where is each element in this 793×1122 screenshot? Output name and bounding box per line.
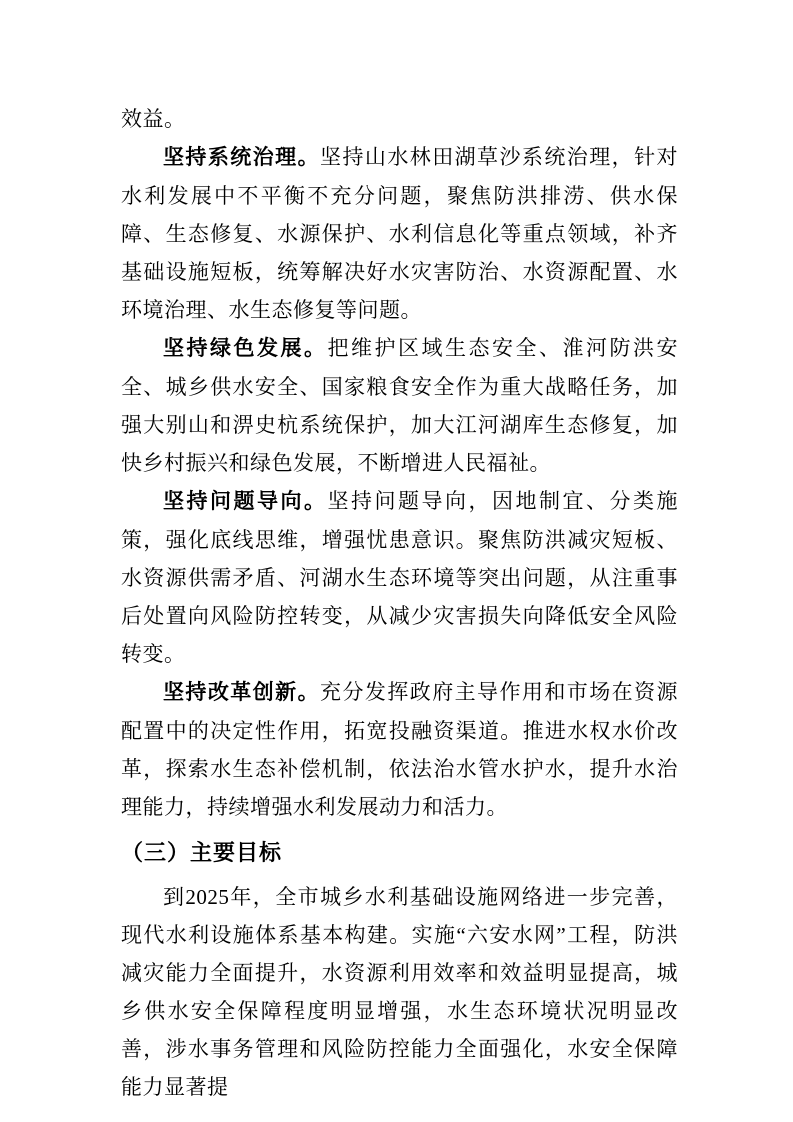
document-page: 效益。 坚持系统治理。坚持山水林田湖草沙系统治理，针对水利发展中不平衡不充分问题… <box>0 0 793 1122</box>
paragraph-lead-problem-oriented: 坚持问题导向。 <box>163 490 328 513</box>
paragraph-principle-problem-oriented: 坚持问题导向。坚持问题导向，因地制宜、分类施策，强化底线思维，增强忧患意识。聚焦… <box>121 482 678 673</box>
paragraph-continuation: 效益。 <box>121 100 678 138</box>
paragraph-principle-reform-innovation: 坚持改革创新。充分发挥政府主导作用和市场在资源配置中的决定性作用，拓宽投融资渠道… <box>121 673 678 826</box>
paragraph-lead-reform-innovation: 坚持改革创新。 <box>163 681 320 704</box>
paragraph-lead-green-development: 坚持绿色发展。 <box>163 337 328 360</box>
paragraph-principle-green-development: 坚持绿色发展。把维护区域生态安全、淮河防洪安全、城乡供水安全、国家粮食安全作为重… <box>121 329 678 482</box>
paragraph-lead-system-governance: 坚持系统治理。 <box>163 146 320 169</box>
section-heading-main-goals: （三）主要目标 <box>121 834 678 872</box>
paragraph-text-problem-oriented: 坚持问题导向，因地制宜、分类施策，强化底线思维，增强忧患意识。聚焦防洪减灾短板、… <box>121 489 678 666</box>
paragraph-text-system-governance: 坚持山水林田湖草沙系统治理，针对水利发展中不平衡不充分问题，聚焦防洪排涝、供水保… <box>121 145 678 322</box>
paragraph-goals-2025: 到2025年，全市城乡水利基础设施网络进一步完善，现代水利设施体系基本构建。实施… <box>121 878 678 1106</box>
paragraph-principle-system-governance: 坚持系统治理。坚持山水林田湖草沙系统治理，针对水利发展中不平衡不充分问题，聚焦防… <box>121 138 678 329</box>
